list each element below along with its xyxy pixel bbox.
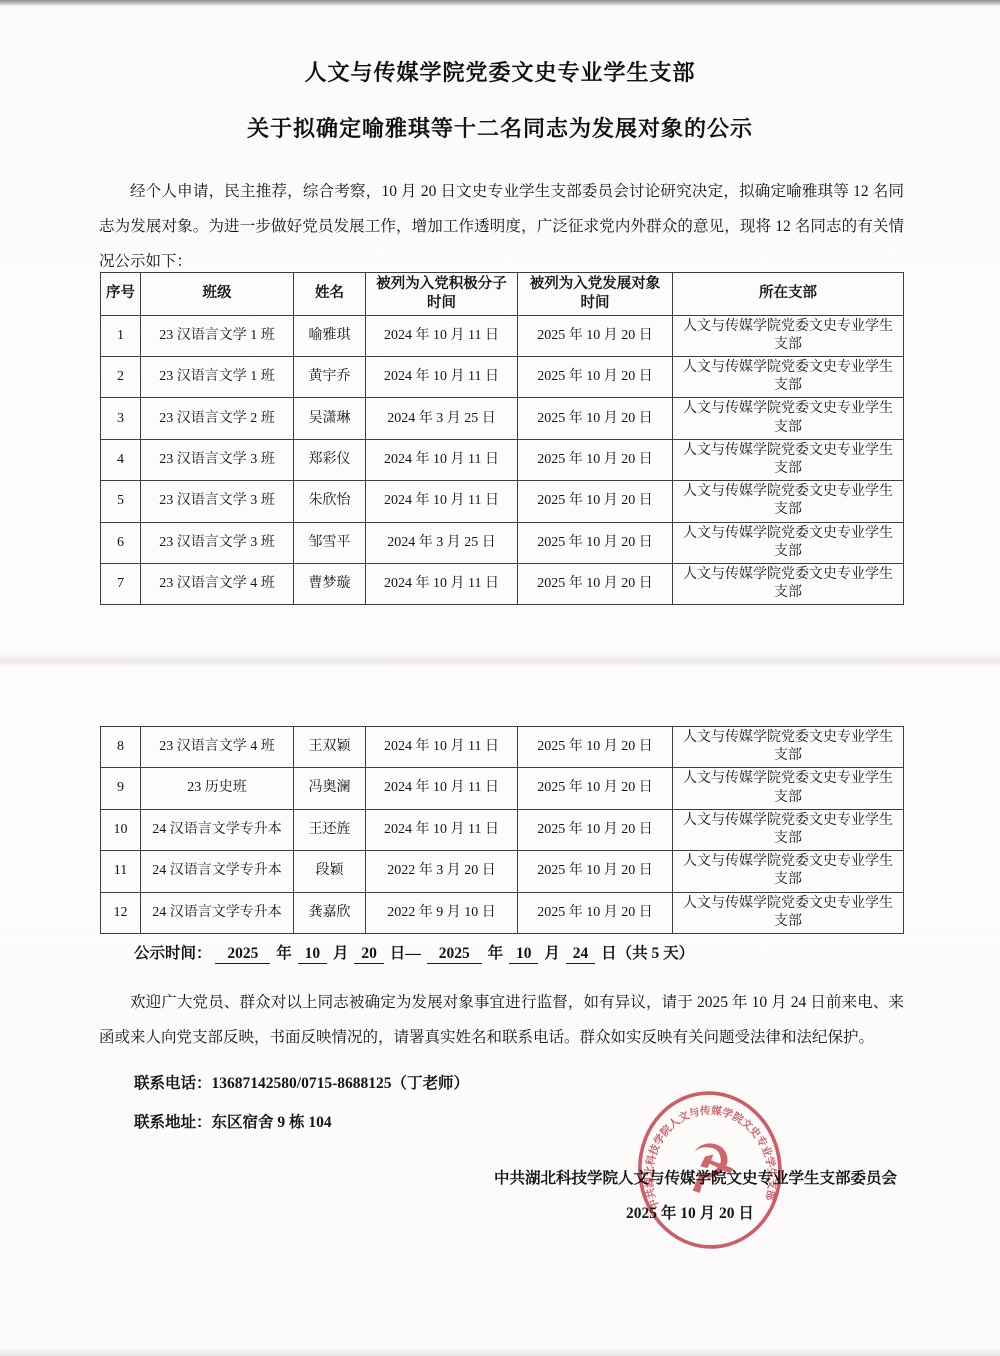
contact-address-line: 联系地址：东区宿舍 9 栋 104: [134, 1110, 332, 1132]
table-row: 323 汉语言文学 2 班吴潇琳2024 年 3 月 25 日2025 年 10…: [101, 398, 904, 439]
table-row: 223 汉语言文学 1 班黄宇乔2024 年 10 月 11 日2025 年 1…: [101, 357, 904, 398]
column-header: 班级: [141, 273, 294, 316]
address-label: 联系地址：: [134, 1114, 212, 1131]
candidate-table-part2: 823 汉语言文学 4 班王双颖2024 年 10 月 11 日2025 年 1…: [100, 726, 904, 934]
cell-class_name: 23 汉语言文学 2 班: [141, 398, 294, 439]
cell-name: 郑彩仪: [294, 439, 366, 480]
cell-name: 段颖: [294, 851, 366, 892]
cell-class_name: 23 汉语言文学 3 班: [141, 522, 294, 563]
signature-org: 中共湖北科技学院人文与传媒学院文史专业学生支部委员会: [494, 1166, 897, 1188]
cell-development_date: 2025 年 10 月 20 日: [518, 315, 673, 356]
table-row: 723 汉语言文学 4 班曹梦璇2024 年 10 月 11 日2025 年 1…: [101, 563, 904, 604]
column-header: 被列为入党发展对象时间: [518, 273, 673, 316]
cell-no: 9: [101, 768, 141, 809]
publicity-year-end: 2025: [427, 944, 482, 964]
cell-development_date: 2025 年 10 月 20 日: [518, 768, 673, 809]
table-row: 923 历史班冯奥澜2024 年 10 月 11 日2025 年 10 月 20…: [101, 768, 904, 809]
cell-development_date: 2025 年 10 月 20 日: [518, 439, 673, 480]
cell-activist_date: 2024 年 10 月 11 日: [366, 563, 518, 604]
cell-development_date: 2025 年 10 月 20 日: [518, 357, 673, 398]
publicity-label: 公示时间：: [134, 945, 212, 962]
cell-no: 4: [101, 439, 141, 480]
cell-no: 7: [101, 563, 141, 604]
signature-date: 2025 年 10 月 20 日: [575, 1201, 805, 1223]
page-crease: [0, 652, 1000, 668]
publicity-day-end: 24: [566, 944, 596, 964]
table-row: 123 汉语言文学 1 班喻雅琪2024 年 10 月 11 日2025 年 1…: [101, 315, 904, 356]
table-row: 1224 汉语言文学专升本龚嘉欣2022 年 9 月 10 日2025 年 10…: [101, 892, 904, 933]
cell-no: 2: [101, 357, 141, 398]
cell-activist_date: 2022 年 9 月 10 日: [366, 892, 518, 933]
scanned-document-page: 人文与传媒学院党委文史专业学生支部 关于拟确定喻雅琪等十二名同志为发展对象的公示…: [0, 0, 1000, 1356]
cell-development_date: 2025 年 10 月 20 日: [518, 522, 673, 563]
cell-name: 朱欣怡: [294, 481, 366, 522]
cell-development_date: 2025 年 10 月 20 日: [518, 398, 673, 439]
cell-name: 喻雅琪: [294, 315, 366, 356]
cell-no: 12: [101, 892, 141, 933]
table-row: 1024 汉语言文学专升本王还旌2024 年 10 月 11 日2025 年 1…: [101, 809, 904, 850]
cell-activist_date: 2024 年 10 月 11 日: [366, 809, 518, 850]
cell-development_date: 2025 年 10 月 20 日: [518, 851, 673, 892]
publicity-year-start: 2025: [215, 944, 270, 964]
cell-name: 王双颖: [294, 727, 366, 768]
cell-activist_date: 2024 年 10 月 11 日: [366, 357, 518, 398]
cell-activist_date: 2024 年 3 月 25 日: [366, 522, 518, 563]
table-header-row: 序号班级姓名被列为入党积极分子时间被列为入党发展对象时间所在支部: [101, 273, 904, 316]
cell-branch: 人文与传媒学院党委文史专业学生支部: [673, 398, 904, 439]
cell-class_name: 24 汉语言文学专升本: [141, 851, 294, 892]
cell-branch: 人文与传媒学院党委文史专业学生支部: [673, 892, 904, 933]
cell-name: 曹梦璇: [294, 563, 366, 604]
scan-edge-shadow: [0, 0, 1000, 6]
intro-paragraph: 经个人申请，民主推荐，综合考察，10 月 20 日文史专业学生支部委员会讨论研究…: [99, 174, 904, 279]
cell-class_name: 23 汉语言文学 4 班: [141, 727, 294, 768]
cell-development_date: 2025 年 10 月 20 日: [518, 727, 673, 768]
column-header: 被列为入党积极分子时间: [366, 273, 518, 316]
scan-bottom-shadow: [0, 1348, 1000, 1356]
cell-no: 8: [101, 727, 141, 768]
cell-activist_date: 2024 年 10 月 11 日: [366, 439, 518, 480]
cell-branch: 人文与传媒学院党委文史专业学生支部: [673, 522, 904, 563]
cell-branch: 人文与传媒学院党委文史专业学生支部: [673, 851, 904, 892]
cell-activist_date: 2024 年 10 月 11 日: [366, 727, 518, 768]
cell-class_name: 24 汉语言文学专升本: [141, 892, 294, 933]
cell-branch: 人文与传媒学院党委文史专业学生支部: [673, 768, 904, 809]
cell-no: 11: [101, 851, 141, 892]
table-row: 523 汉语言文学 3 班朱欣怡2024 年 10 月 11 日2025 年 1…: [101, 481, 904, 522]
address-value: 东区宿舍 9 栋 104: [212, 1114, 332, 1131]
cell-branch: 人文与传媒学院党委文史专业学生支部: [673, 481, 904, 522]
cell-name: 邹雪平: [294, 522, 366, 563]
cell-class_name: 24 汉语言文学专升本: [141, 809, 294, 850]
cell-activist_date: 2024 年 3 月 25 日: [366, 398, 518, 439]
cell-no: 1: [101, 315, 141, 356]
cell-development_date: 2025 年 10 月 20 日: [518, 563, 673, 604]
cell-development_date: 2025 年 10 月 20 日: [518, 481, 673, 522]
supervision-paragraph: 欢迎广大党员、群众对以上同志被确定为发展对象事宜进行监督，如有异议，请于 202…: [99, 985, 904, 1055]
column-header: 所在支部: [673, 273, 904, 316]
candidate-table-part1: 序号班级姓名被列为入党积极分子时间被列为入党发展对象时间所在支部 123 汉语言…: [100, 272, 904, 605]
column-header: 姓名: [294, 273, 366, 316]
cell-branch: 人文与传媒学院党委文史专业学生支部: [673, 727, 904, 768]
cell-branch: 人文与传媒学院党委文史专业学生支部: [673, 439, 904, 480]
table-row: 1124 汉语言文学专升本段颖2022 年 3 月 20 日2025 年 10 …: [101, 851, 904, 892]
table-row: 623 汉语言文学 3 班邹雪平2024 年 3 月 25 日2025 年 10…: [101, 522, 904, 563]
cell-no: 5: [101, 481, 141, 522]
cell-activist_date: 2024 年 10 月 11 日: [366, 315, 518, 356]
cell-class_name: 23 汉语言文学 3 班: [141, 481, 294, 522]
publicity-month-end: 10: [509, 944, 539, 964]
cell-name: 龚嘉欣: [294, 892, 366, 933]
cell-class_name: 23 汉语言文学 1 班: [141, 315, 294, 356]
cell-name: 冯奥澜: [294, 768, 366, 809]
phone-value: 13687142580/0715-8688125（丁老师）: [212, 1075, 469, 1092]
cell-activist_date: 2024 年 10 月 11 日: [366, 768, 518, 809]
cell-branch: 人文与传媒学院党委文史专业学生支部: [673, 315, 904, 356]
column-header: 序号: [101, 273, 141, 316]
cell-activist_date: 2024 年 10 月 11 日: [366, 481, 518, 522]
cell-development_date: 2025 年 10 月 20 日: [518, 809, 673, 850]
cell-branch: 人文与传媒学院党委文史专业学生支部: [673, 809, 904, 850]
document-org-title: 人文与传媒学院党委文史专业学生支部: [0, 56, 1000, 87]
table-row: 823 汉语言文学 4 班王双颖2024 年 10 月 11 日2025 年 1…: [101, 727, 904, 768]
cell-activist_date: 2022 年 3 月 20 日: [366, 851, 518, 892]
cell-class_name: 23 历史班: [141, 768, 294, 809]
publicity-month-start: 10: [298, 944, 328, 964]
document-subject-title: 关于拟确定喻雅琪等十二名同志为发展对象的公示: [0, 112, 1000, 143]
cell-no: 3: [101, 398, 141, 439]
cell-name: 吴潇琳: [294, 398, 366, 439]
cell-branch: 人文与传媒学院党委文史专业学生支部: [673, 357, 904, 398]
stamp-ring-text: 中共湖北科技学院人文与传媒学院文史专业学生支部委员会: [626, 1080, 781, 1215]
cell-class_name: 23 汉语言文学 4 班: [141, 563, 294, 604]
publicity-day-start: 20: [354, 944, 384, 964]
cell-name: 黄宇乔: [294, 357, 366, 398]
cell-name: 王还旌: [294, 809, 366, 850]
cell-branch: 人文与传媒学院党委文史专业学生支部: [673, 563, 904, 604]
contact-phone-line: 联系电话：13687142580/0715-8688125（丁老师）: [134, 1071, 469, 1093]
table-row: 423 汉语言文学 3 班郑彩仪2024 年 10 月 11 日2025 年 1…: [101, 439, 904, 480]
publicity-period-line: 公示时间： 2025 年 10 月 20 日— 2025 年 10 月 24 日…: [134, 941, 696, 964]
phone-label: 联系电话：: [134, 1075, 212, 1092]
cell-no: 10: [101, 809, 141, 850]
cell-development_date: 2025 年 10 月 20 日: [518, 892, 673, 933]
cell-no: 6: [101, 522, 141, 563]
cell-class_name: 23 汉语言文学 1 班: [141, 357, 294, 398]
cell-class_name: 23 汉语言文学 3 班: [141, 439, 294, 480]
